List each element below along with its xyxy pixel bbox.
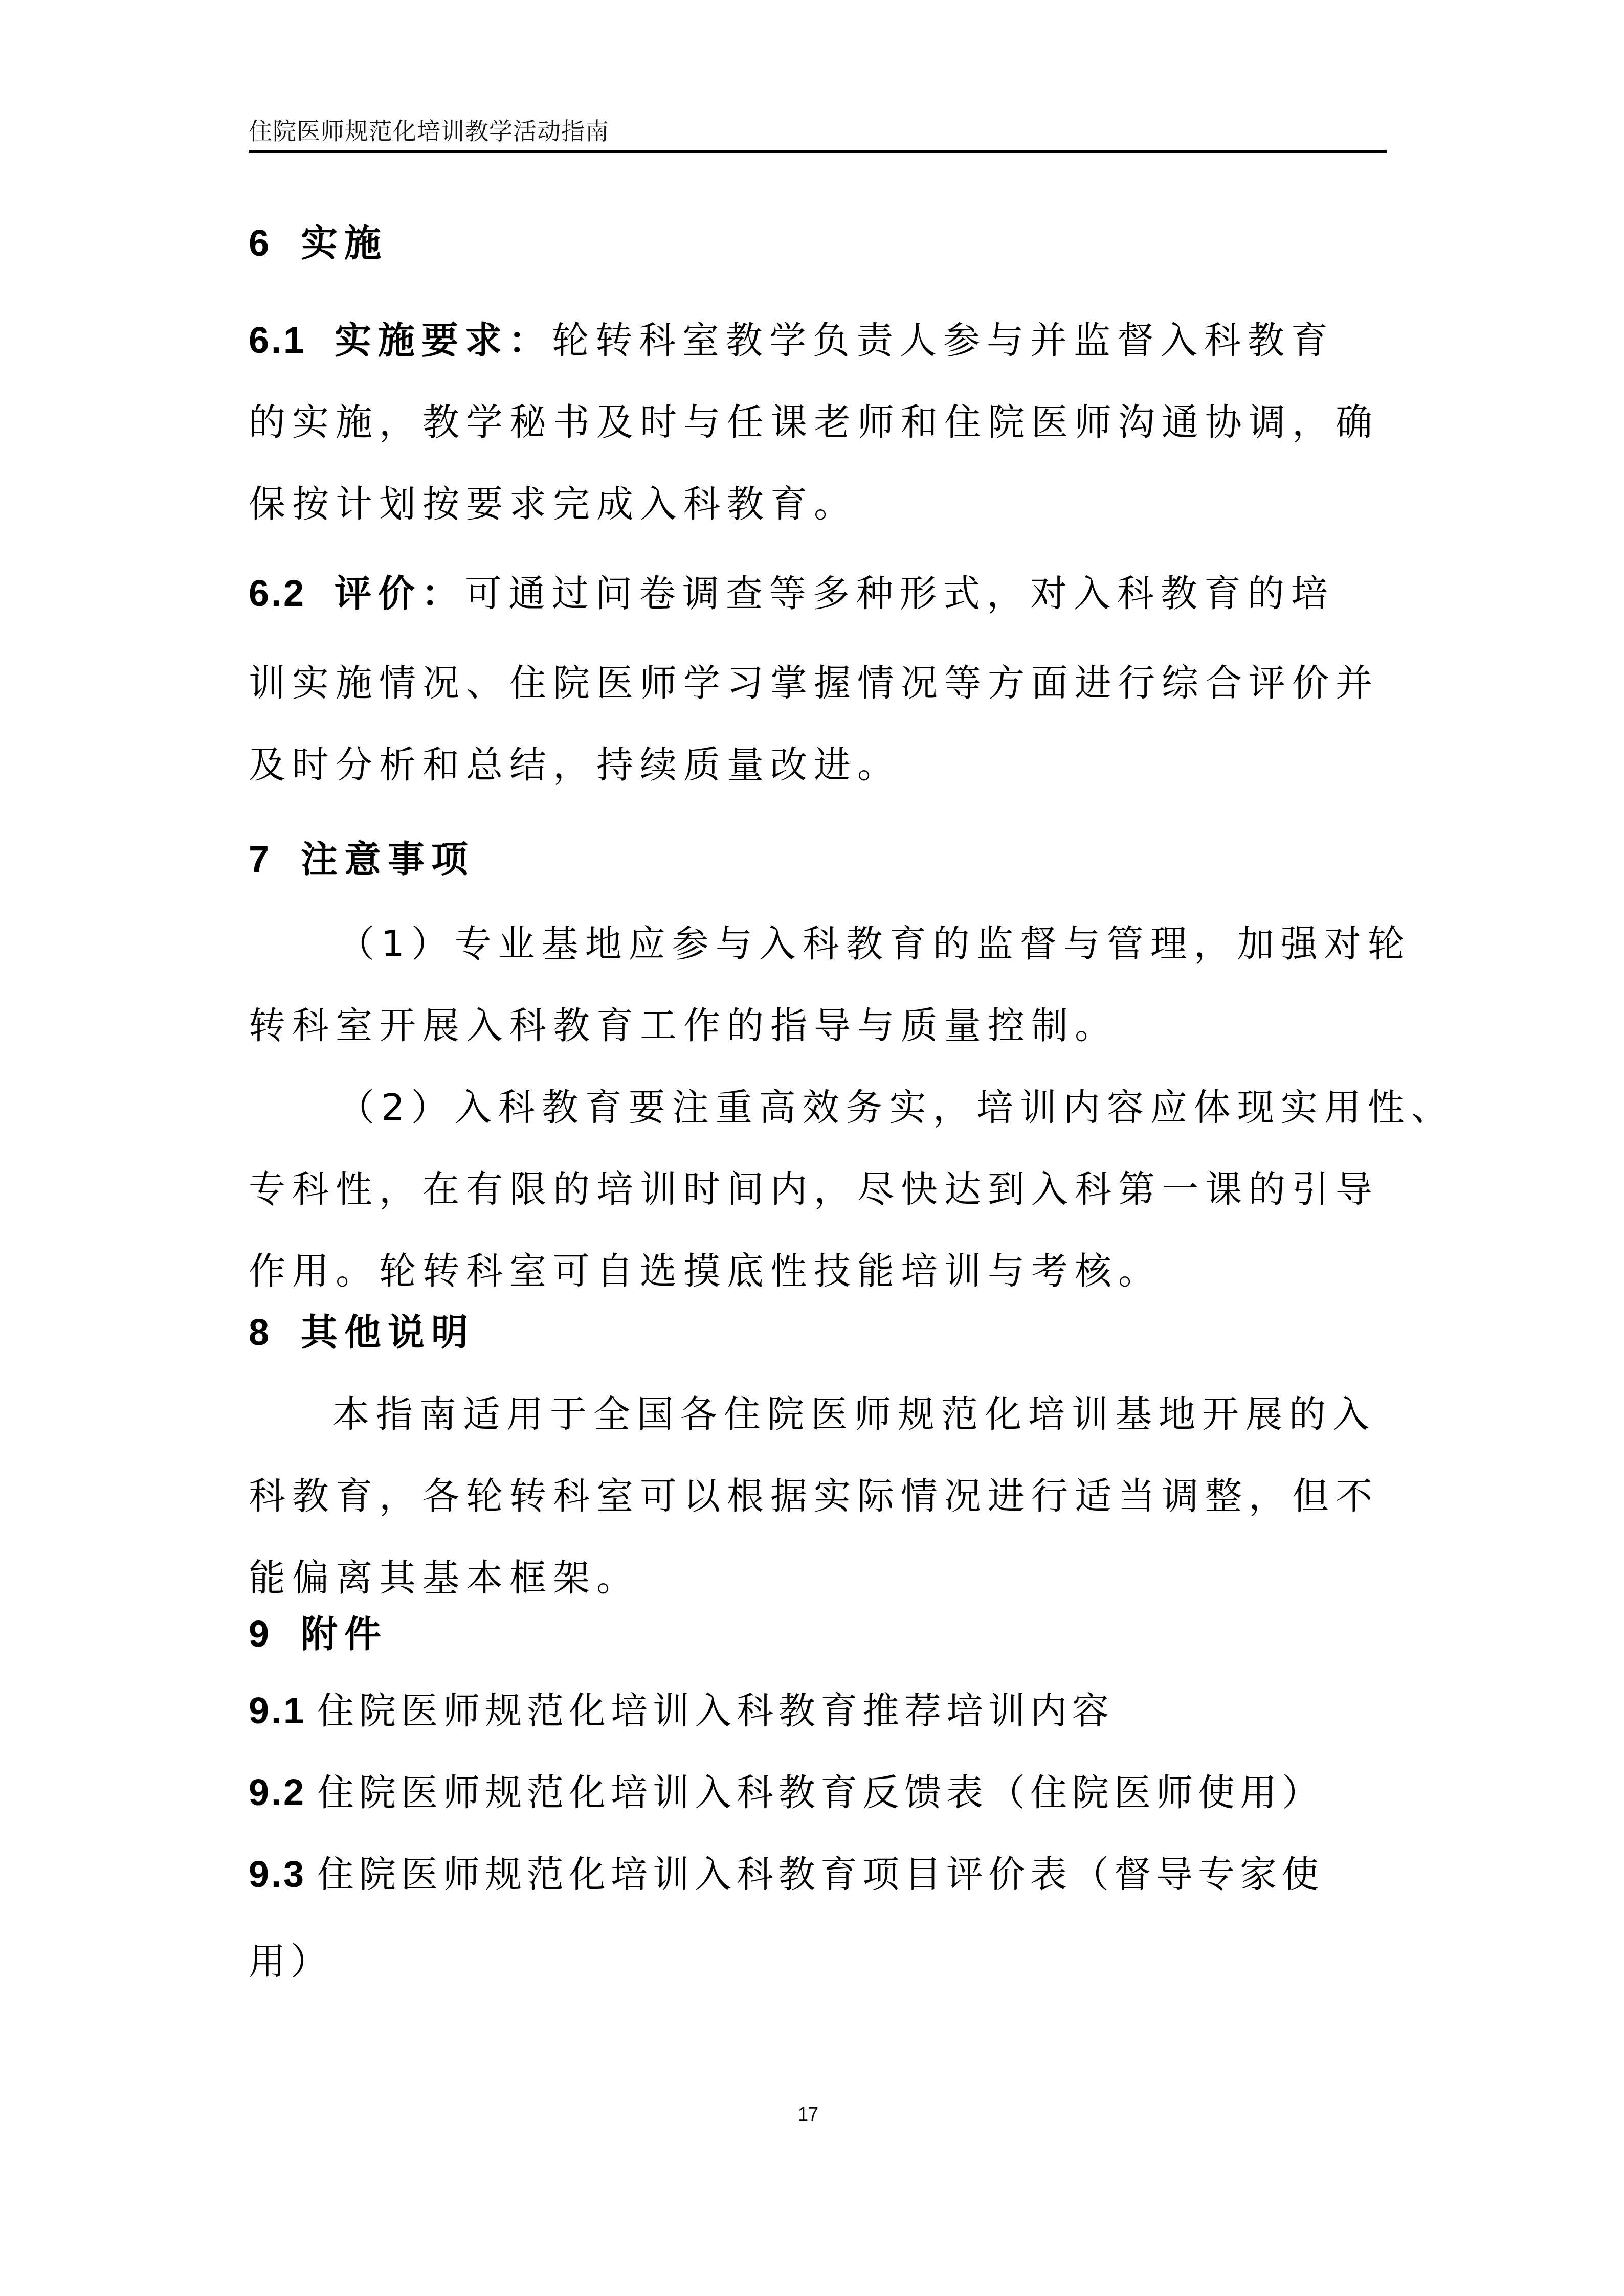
section-9-number: 9	[249, 1609, 271, 1660]
section-6-2-text: 可通过问卷调查等多种形式，对入科教育的培	[465, 572, 1334, 615]
attachment-9-2-title: 住院医师规范化培训入科教育反馈表（住院医师使用）	[317, 1771, 1324, 1814]
section-6-2-label: 评价：	[335, 572, 465, 615]
section-6-1-line-3: 保按计划按要求完成入科教育。	[249, 478, 857, 529]
page-number: 17	[798, 2104, 818, 2125]
section-6-2-number: 6.2	[249, 568, 306, 619]
section-8-line-3: 能偏离其基本框架。	[249, 1552, 640, 1603]
section-9-heading: 9附件	[249, 1608, 388, 1660]
attachment-9-2: 9.2住院医师规范化培训入科教育反馈表（住院医师使用）	[249, 1767, 1324, 1818]
section-7-title: 注意事项	[301, 838, 475, 881]
section-7-item-2-line-1: （2）入科教育要注重高效务实，培训内容应体现实用性、	[338, 1082, 1455, 1133]
section-8-number: 8	[249, 1307, 271, 1358]
document-page: 住院医师规范化培训教学活动指南 6实施 6.1实施要求：轮转科室教学负责人参与并…	[0, 0, 1624, 2296]
section-6-1-line-1: 6.1实施要求：轮转科室教学负责人参与并监督入科教育	[249, 314, 1334, 366]
section-6-2-line-2: 训实施情况、住院医师学习掌握情况等方面进行综合评价并	[249, 657, 1379, 708]
section-6-1-line-2: 的实施，教学秘书及时与任课老师和住院医师沟通协调，确	[249, 396, 1379, 447]
attachment-9-3-line-2: 用）	[249, 1935, 332, 1987]
section-6-2-line-1: 6.2评价：可通过问卷调查等多种形式，对入科教育的培	[249, 568, 1334, 619]
section-7-item-1-line-1: （1）专业基地应参与入科教育的监督与管理，加强对轮	[338, 918, 1411, 969]
section-7-item-1-line-2: 转科室开展入科教育工作的指导与质量控制。	[249, 1000, 1118, 1051]
attachment-9-3-line-1: 9.3住院医师规范化培训入科教育项目评价表（督导专家使	[249, 1849, 1324, 1900]
attachment-9-2-number: 9.2	[249, 1767, 306, 1818]
section-8-heading: 8其他说明	[249, 1307, 475, 1358]
section-6-title: 实施	[301, 221, 388, 264]
section-6-1-number: 6.1	[249, 315, 306, 366]
attachment-9-1-title: 住院医师规范化培训入科教育推荐培训内容	[317, 1689, 1114, 1732]
header-rule	[249, 150, 1387, 153]
section-8-line-1: 本指南适用于全国各住院医师规范化培训基地开展的入	[332, 1388, 1376, 1439]
section-6-number: 6	[249, 218, 271, 269]
attachment-9-1: 9.1住院医师规范化培训入科教育推荐培训内容	[249, 1685, 1114, 1737]
section-8-line-2: 科教育，各轮转科室可以根据实际情况进行适当调整，但不	[249, 1470, 1379, 1521]
attachment-9-1-number: 9.1	[249, 1685, 306, 1737]
attachment-9-3-number: 9.3	[249, 1849, 306, 1900]
section-8-title: 其他说明	[301, 1311, 475, 1354]
section-7-number: 7	[249, 834, 271, 885]
section-6-1-text: 轮转科室教学负责人参与并监督入科教育	[552, 319, 1334, 362]
section-7-item-2-line-2: 专科性，在有限的培训时间内，尽快达到入科第一课的引导	[249, 1163, 1379, 1214]
section-9-title: 附件	[301, 1612, 388, 1655]
attachment-9-3-title: 住院医师规范化培训入科教育项目评价表（督导专家使	[317, 1853, 1324, 1896]
section-7-heading: 7注意事项	[249, 834, 475, 885]
section-6-heading: 6实施	[249, 217, 388, 269]
running-header: 住院医师规范化培训教学活动指南	[249, 117, 609, 145]
section-6-1-label: 实施要求：	[335, 319, 552, 362]
section-7-item-2-line-3: 作用。轮转科室可自选摸底性技能培训与考核。	[249, 1245, 1162, 1296]
section-6-2-line-3: 及时分析和总结，持续质量改进。	[249, 739, 901, 790]
